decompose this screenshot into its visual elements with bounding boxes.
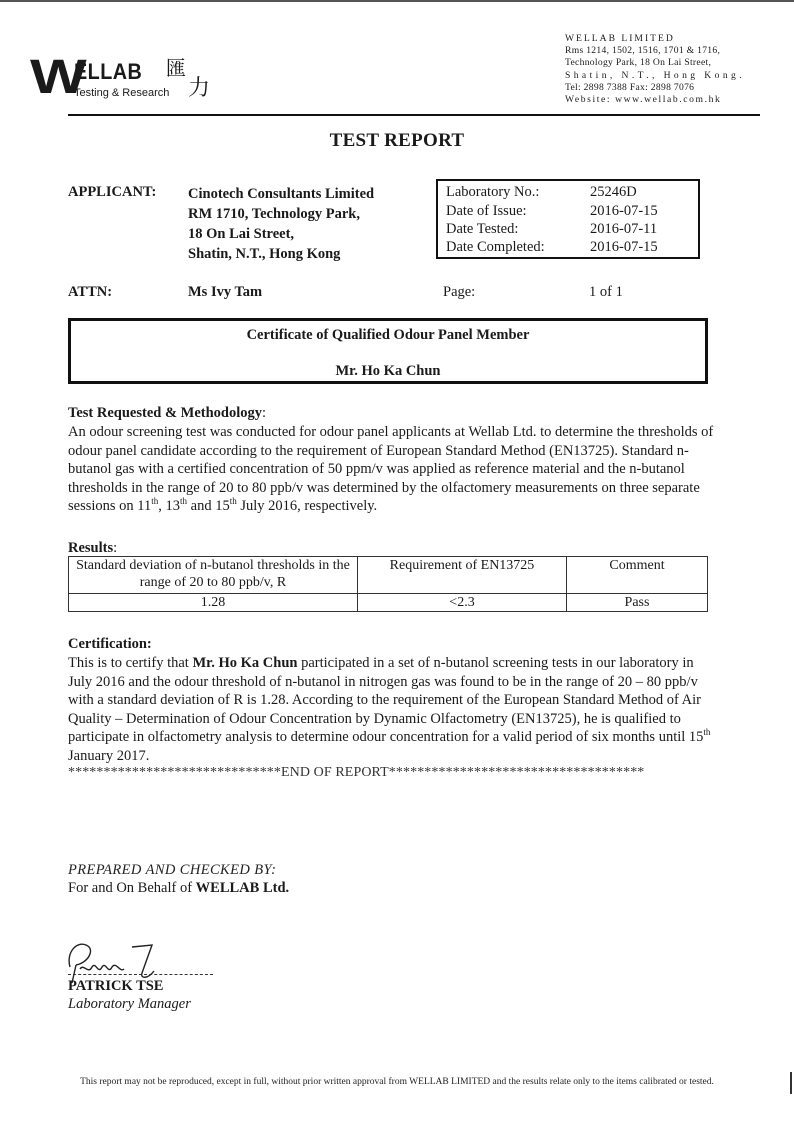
footer-disclaimer: This report may not be reproduced, excep… xyxy=(0,1077,794,1087)
prepared-by-label: PREPARED AND CHECKED BY: xyxy=(68,862,276,879)
methodology-text: An odour screening test was conducted fo… xyxy=(68,423,718,516)
column-header: Standard deviation of n-butanol threshol… xyxy=(69,557,358,594)
phone-fax: Tel: 2898 7388 Fax: 2898 7076 xyxy=(565,82,745,94)
applicant-address: Cinotech Consultants Limited RM 1710, Te… xyxy=(188,184,374,264)
header-divider xyxy=(68,114,760,116)
results-heading-text: Results xyxy=(68,540,113,556)
session-day: 11 xyxy=(137,498,151,514)
on-behalf-prefix: For and On Behalf of xyxy=(68,880,196,896)
session-day: 15 xyxy=(215,498,230,514)
certificate-title: Certificate of Qualified Odour Panel Mem… xyxy=(71,327,705,344)
ordinal-suffix: th xyxy=(230,496,237,506)
applicant-name: Cinotech Consultants Limited xyxy=(188,184,374,204)
tested-date-value: 2016-07-11 xyxy=(590,220,657,238)
end-of-report-marker: ******************************END OF REP… xyxy=(68,765,644,781)
logo-chinese-bottom: 力 xyxy=(188,78,210,100)
applicant-address-line: RM 1710, Technology Park, xyxy=(188,204,374,224)
std-deviation-value: 1.28 xyxy=(69,594,358,612)
results-table: Standard deviation of n-butanol threshol… xyxy=(68,556,708,612)
company-name: WELLAB LIMITED xyxy=(565,33,745,45)
attn-label: ATTN: xyxy=(68,284,112,301)
logo-tagline: Testing & Research xyxy=(74,88,169,99)
address-line: Technology Park, 18 On Lai Street, xyxy=(565,57,745,69)
report-info-box: Laboratory No.: 25246D Date of Issue: 20… xyxy=(436,179,700,259)
lab-no-value: 25246D xyxy=(590,183,637,201)
separator: and xyxy=(187,498,215,514)
page-value: 1 of 1 xyxy=(589,284,623,301)
scan-top-edge xyxy=(0,0,794,2)
on-behalf-company: WELLAB Ltd. xyxy=(196,880,289,896)
applicant-address-line: 18 On Lai Street, xyxy=(188,224,374,244)
signer-name: PATRICK TSE xyxy=(68,978,163,995)
logo-wordmark: ELLAB xyxy=(74,61,142,83)
certified-person: Mr. Ho Ka Chun xyxy=(192,655,297,671)
on-behalf-line: For and On Behalf of WELLAB Ltd. xyxy=(68,880,289,897)
column-header: Requirement of EN13725 xyxy=(358,557,567,594)
ordinal-suffix: th xyxy=(180,496,187,506)
session-day: 13 xyxy=(166,498,181,514)
company-address-block: WELLAB LIMITED Rms 1214, 1502, 1516, 170… xyxy=(565,33,745,106)
methodology-heading-text: Test Requested & Methodology xyxy=(68,405,262,421)
wellab-logo: W ELLAB Testing & Research 匯 力 xyxy=(30,48,230,108)
certificate-holder: Mr. Ho Ka Chun xyxy=(71,363,705,380)
ordinal-suffix: th xyxy=(703,727,710,737)
applicant-label: APPLICANT: xyxy=(68,184,156,201)
requirement-value: <2.3 xyxy=(358,594,567,612)
completed-date-label: Date Completed: xyxy=(446,238,545,256)
address-line: Rms 1214, 1502, 1516, 1701 & 1716, xyxy=(565,45,745,57)
issue-date-value: 2016-07-15 xyxy=(590,202,658,220)
methodology-body-end: July 2016, respectively. xyxy=(237,498,377,514)
certification-body: This is to certify that xyxy=(68,655,192,671)
column-header: Comment xyxy=(567,557,708,594)
certification-text: This is to certify that Mr. Ho Ka Chun p… xyxy=(68,654,718,765)
separator: , xyxy=(158,498,165,514)
website: Website: www.wellab.com.hk xyxy=(565,94,745,106)
results-header-row: Standard deviation of n-butanol threshol… xyxy=(69,557,708,594)
applicant-address-line: Shatin, N.T., Hong Kong xyxy=(188,244,374,264)
tested-date-label: Date Tested: xyxy=(446,220,518,238)
certification-heading: Certification: xyxy=(68,636,152,653)
signature-line xyxy=(68,974,213,976)
report-title: TEST REPORT xyxy=(0,130,794,152)
attn-value: Ms Ivy Tam xyxy=(188,284,262,301)
methodology-heading: Test Requested & Methodology: xyxy=(68,405,266,422)
completed-date-value: 2016-07-15 xyxy=(590,238,658,256)
table-row: 1.28 <2.3 Pass xyxy=(69,594,708,612)
logo-chinese-top: 匯 xyxy=(166,58,186,78)
certificate-box: Certificate of Qualified Odour Panel Mem… xyxy=(68,318,708,384)
address-line: Shatin, N.T., Hong Kong. xyxy=(565,70,745,82)
results-heading: Results: xyxy=(68,540,117,557)
scan-edge-mark xyxy=(790,1072,792,1094)
comment-value: Pass xyxy=(567,594,708,612)
issue-date-label: Date of Issue: xyxy=(446,202,527,220)
certification-body-end: January 2017. xyxy=(68,748,149,764)
signer-role: Laboratory Manager xyxy=(68,996,191,1013)
page-label: Page: xyxy=(443,284,475,301)
lab-no-label: Laboratory No.: xyxy=(446,183,539,201)
